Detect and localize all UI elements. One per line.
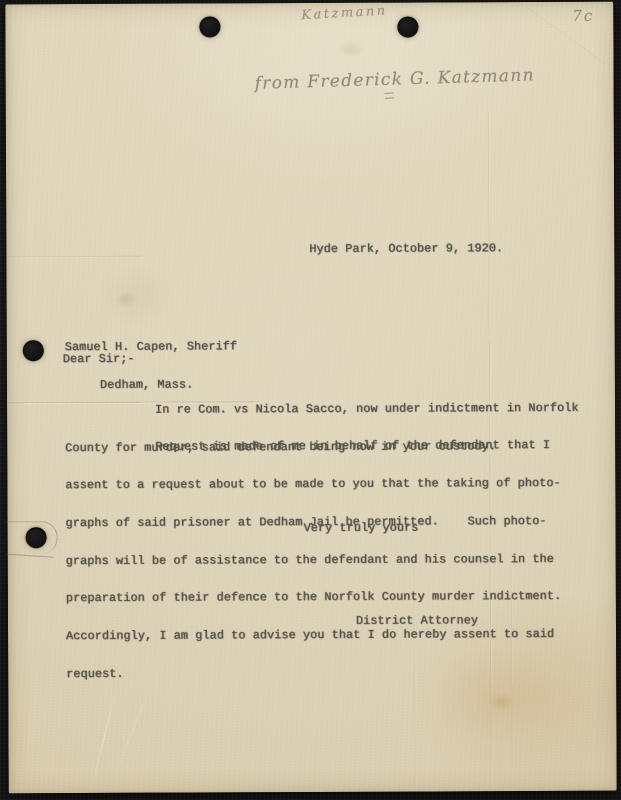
- salutation: Dear Sir;-: [63, 353, 135, 366]
- closing: Very truly yours: [304, 522, 419, 535]
- punch-hole-left-upper: [23, 340, 44, 361]
- pencil-hook-mark-tail: [6, 554, 54, 558]
- stain: [115, 292, 137, 308]
- punch-hole-top-left: [199, 16, 220, 37]
- pencil-underline-mark: [384, 92, 393, 99]
- body-line: request.: [66, 666, 561, 681]
- body-line: Request is made of me in behalf of the d…: [65, 439, 560, 454]
- body-line: graphs will be of assistance to the defe…: [66, 552, 561, 567]
- dateline: Hyde Park, October 9, 1920.: [309, 242, 503, 255]
- body-line: Accordingly, I am glad to advise you tha…: [66, 628, 561, 643]
- pencil-annotation-number: 7c: [572, 7, 594, 25]
- letter-paper: Katzmann 7c from Frederick G. Katzmann H…: [5, 2, 616, 794]
- stain: [335, 41, 365, 59]
- pencil-annotation-attribution: from Frederick G. Katzmann: [254, 65, 535, 94]
- pencil-annotation-name: Katzmann: [301, 3, 388, 23]
- body-paragraph-2: Request is made of me in behalf of the d…: [65, 414, 562, 706]
- body-line: assent to a request about to be made to …: [65, 477, 560, 492]
- horizontal-crease-faint: [6, 256, 146, 259]
- body-line: preparation of their defence to the Norf…: [66, 590, 561, 605]
- pencil-hook-mark: [5, 521, 58, 554]
- punch-hole-top-right: [397, 17, 418, 38]
- signature-title: District Attorney: [356, 614, 478, 627]
- scanned-letter-photograph: Katzmann 7c from Frederick G. Katzmann H…: [0, 0, 621, 800]
